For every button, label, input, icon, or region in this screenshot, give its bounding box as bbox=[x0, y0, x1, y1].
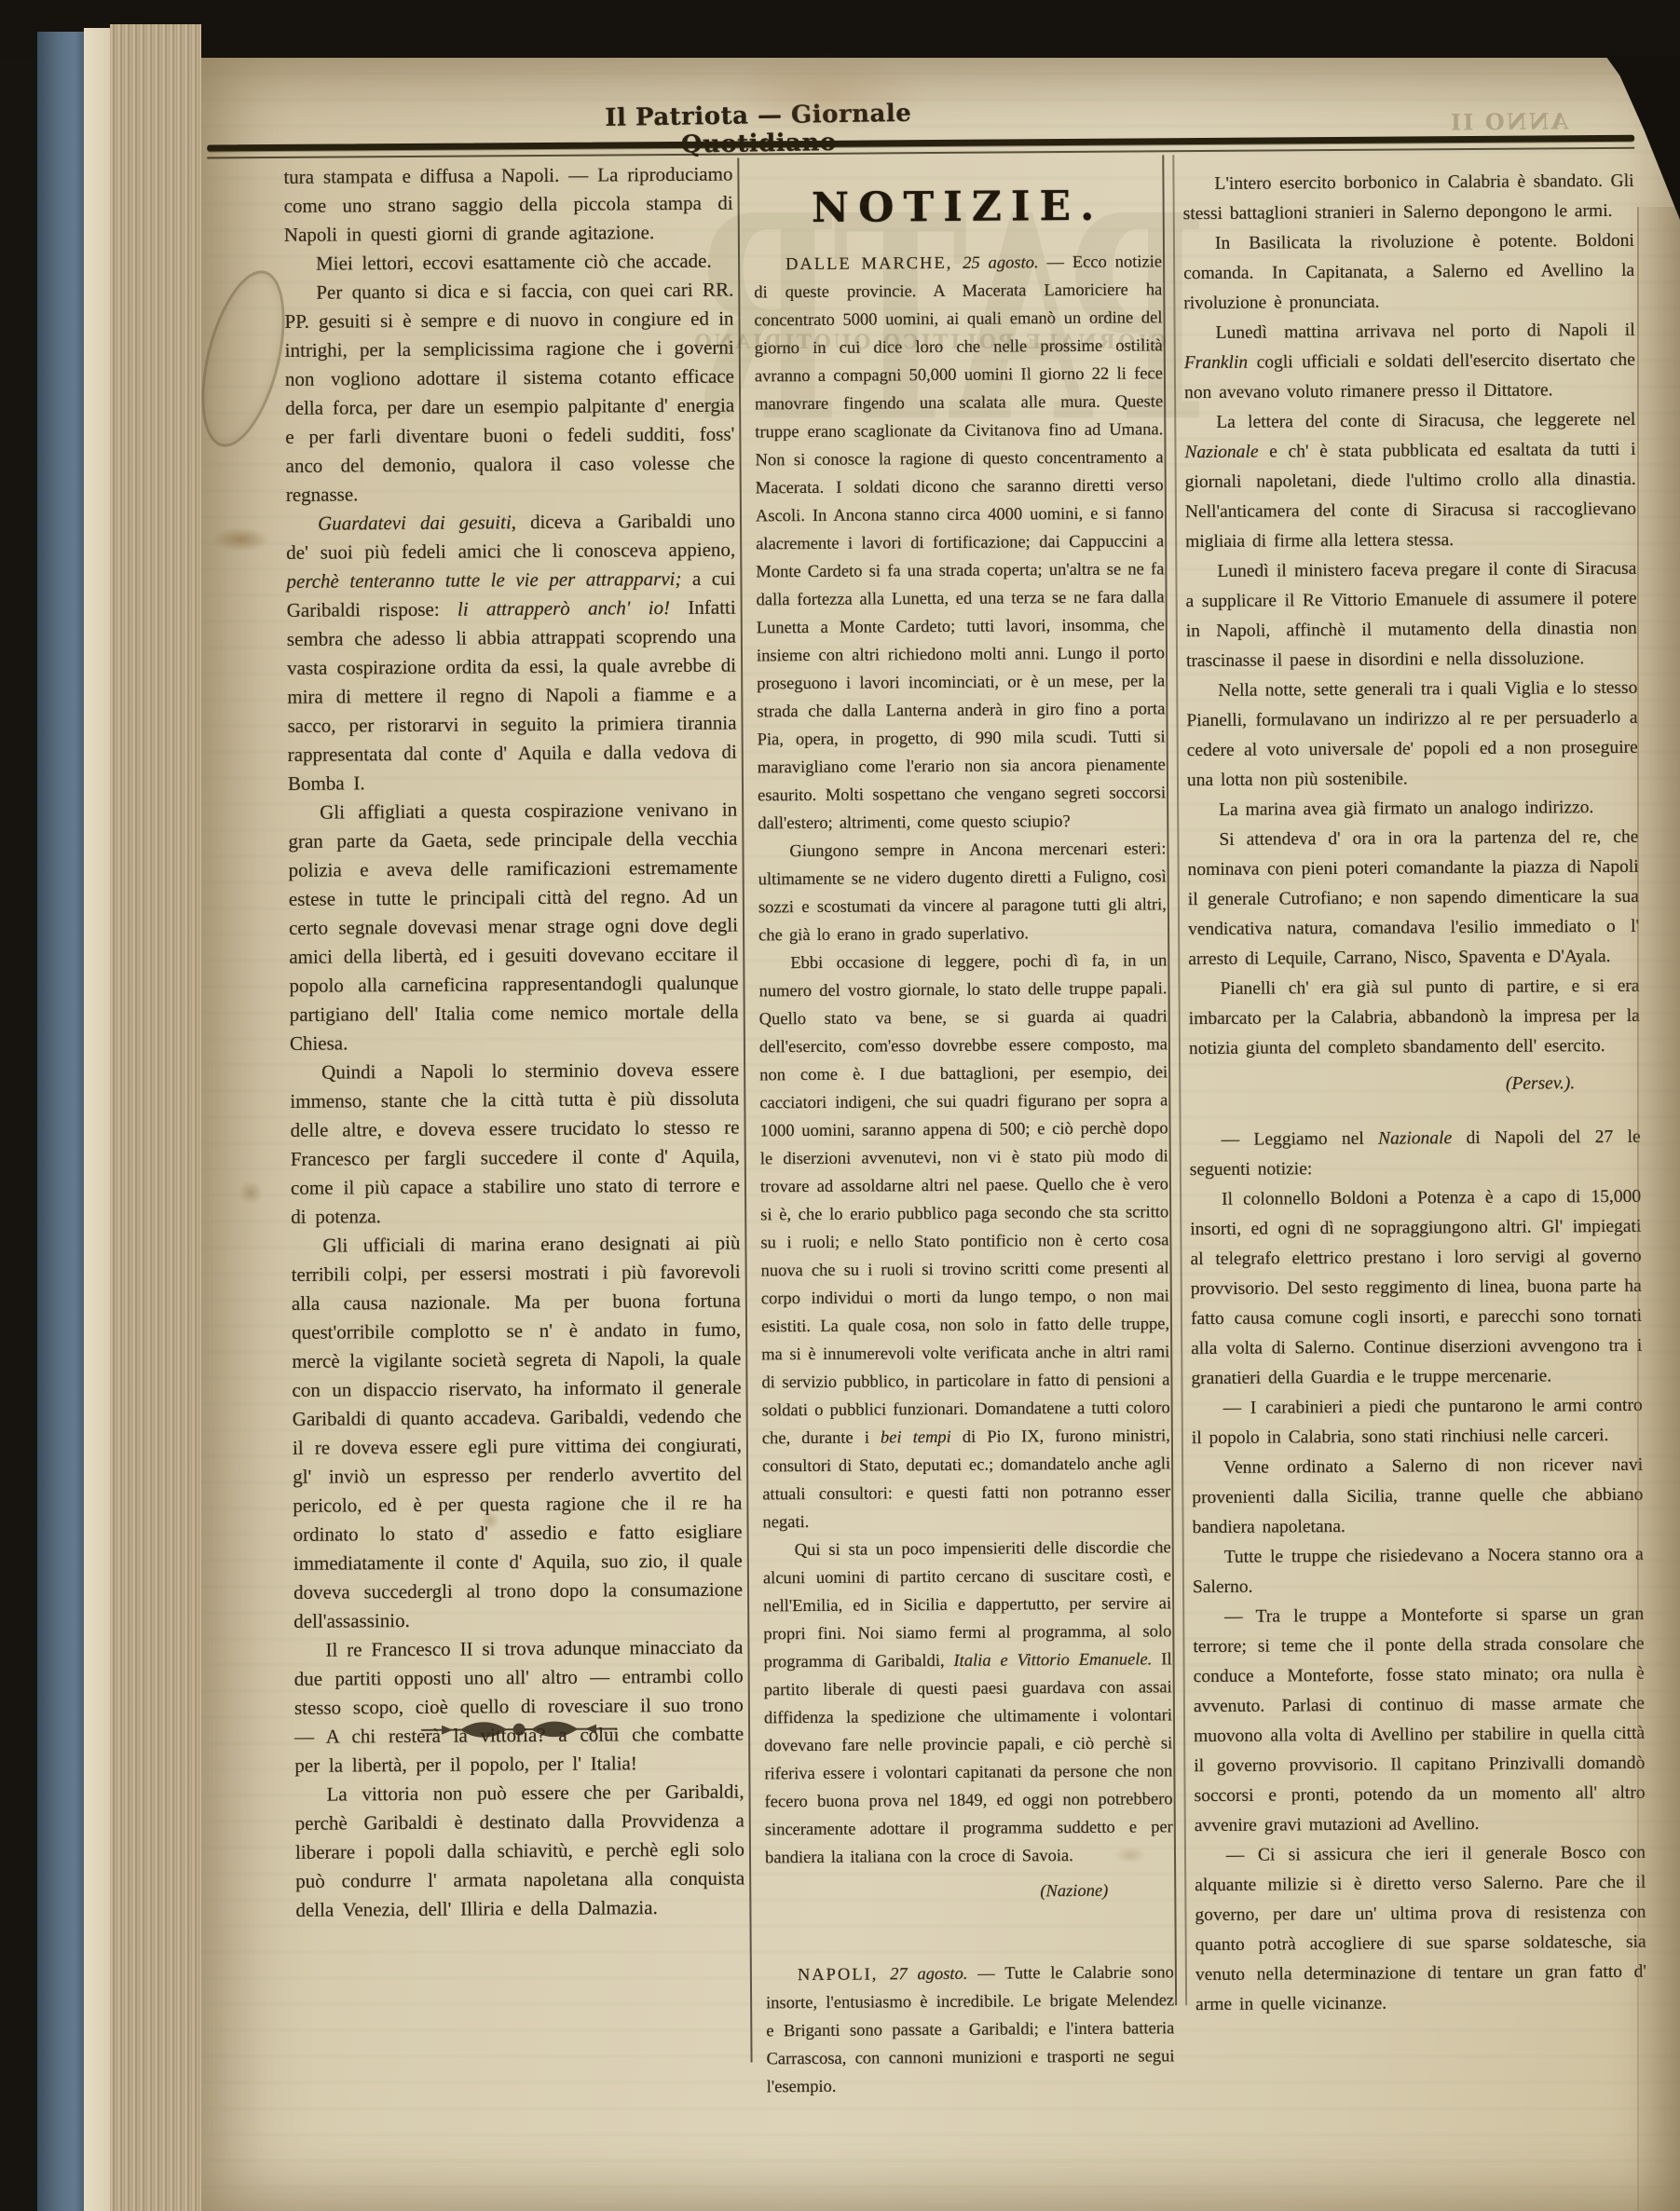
paragraph: NAPOLI, 27 agosto. — Tutte le Calabrie s… bbox=[766, 1959, 1175, 2101]
section-heading: NOTIZIE. bbox=[754, 192, 1162, 223]
text-segment: tura stampata e diffusa a Napoli. — La r… bbox=[283, 163, 732, 246]
column-2-body: DALLE MARCHE, 25 agosto. — Ecco notizie … bbox=[754, 248, 1175, 2101]
column-2: NOTIZIE. DALLE MARCHE, 25 agosto. — Ecco… bbox=[754, 192, 1175, 2101]
text-segment: — Ci si assicura che ieri il generale Bo… bbox=[1195, 1843, 1646, 2014]
paragraph: — Ci si assicura che ieri il generale Bo… bbox=[1195, 1838, 1646, 2020]
page-stack-edges bbox=[110, 24, 201, 2211]
paragraph: Tutte le truppe che risiedevano a Nocera… bbox=[1193, 1540, 1644, 1603]
paragraph: La vittoria non può essere che per Garib… bbox=[294, 1777, 744, 1924]
text-segment: — I carabinieri a piedi che puntarono le… bbox=[1192, 1396, 1643, 1448]
braided-rule-icon bbox=[421, 1716, 617, 1741]
text-segment: Il re Francesco II si trova adunque mina… bbox=[294, 1635, 744, 1776]
text-segment: Si attendeva d' ora in ora la partenza d… bbox=[1188, 827, 1640, 969]
text-segment: (Persev.). bbox=[1506, 1073, 1575, 1094]
newspaper-page: PATRIOTA GIORNALE POLITICO QUOTIDIANO AN… bbox=[201, 58, 1680, 2211]
paragraph: Guardatevi dai gesuiti, diceva a Garibal… bbox=[286, 507, 737, 798]
paragraph: Il re Francesco II si trova adunque mina… bbox=[294, 1632, 744, 1780]
text-segment: Nazionale bbox=[1378, 1128, 1452, 1149]
text-segment: Ebbi occasione di leggere, pochi dì fa, … bbox=[758, 951, 1169, 1448]
paragraph: In Basilicata la rivoluzione è potente. … bbox=[1183, 226, 1635, 319]
book-scan: PATRIOTA GIORNALE POLITICO QUOTIDIANO AN… bbox=[0, 0, 1680, 2211]
paragraph: Lunedì il ministero faceva pregare il co… bbox=[1185, 554, 1637, 676]
paragraph: Giungono sempre in Ancona mercenari este… bbox=[758, 835, 1167, 949]
text-segment: Miei lettori, eccovi esattamente ciò che… bbox=[316, 250, 712, 275]
paragraph: Gli affigliati a questa cospirazione ven… bbox=[288, 796, 739, 1058]
text-segment: Pianelli ch' era già sul punto di partir… bbox=[1189, 976, 1640, 1058]
book-cover bbox=[37, 32, 84, 2211]
paragraph: Il colonnello Boldoni a Potenza è a capo… bbox=[1190, 1182, 1643, 1394]
text-segment: In Basilicata la rivoluzione è potente. … bbox=[1183, 231, 1634, 313]
text-segment: DALLE MARCHE, bbox=[785, 254, 963, 274]
paragraph: Venne ordinato a Salerno di non ricever … bbox=[1192, 1451, 1644, 1543]
paragraph: La lettera del conte di Siracusa, che le… bbox=[1184, 405, 1636, 557]
text-segment: Infatti sembra che adesso li abbia attra… bbox=[287, 596, 737, 795]
text-segment: — Tra le truppe a Monteforte si sparse u… bbox=[1193, 1604, 1645, 1836]
text-segment: perchè tenteranno tutte le vie per attra… bbox=[286, 567, 681, 593]
page-edge bbox=[84, 28, 110, 2211]
ornament-divider bbox=[294, 1715, 744, 1747]
paragraph: Qui si sta un poco impensieriti delle di… bbox=[763, 1534, 1174, 1872]
text-segment: li attrapperò anch' io! bbox=[458, 596, 670, 621]
under-page-edge bbox=[1639, 207, 1680, 2211]
paragraph: Si attendeva d' ora in ora la partenza d… bbox=[1187, 823, 1639, 975]
attribution: (Persev.). bbox=[1189, 1069, 1640, 1101]
text-segment: Il colonnello Boldoni a Potenza è a capo… bbox=[1190, 1187, 1642, 1388]
text-segment: Nazionale bbox=[1184, 443, 1258, 463]
text-segment: Nella notte, sette generali tra i quali … bbox=[1186, 678, 1637, 790]
text-segment: bei tempi bbox=[881, 1428, 951, 1448]
paragraph: Gli ufficiali di marina erano designati … bbox=[291, 1229, 743, 1636]
text-segment: Per quanto si dica e si faccia, con quei… bbox=[284, 279, 734, 506]
text-segment: Franklin bbox=[1184, 353, 1248, 373]
text-segment: La lettera del conte di Siracusa, che le… bbox=[1216, 410, 1635, 432]
text-segment: 27 agosto. bbox=[890, 1965, 967, 1985]
paragraph: Ebbi occasione di leggere, pochi dì fa, … bbox=[758, 947, 1170, 1536]
paragraph: Nella notte, sette generali tra i quali … bbox=[1186, 674, 1638, 796]
paragraph: — Tra le truppe a Monteforte si sparse u… bbox=[1193, 1600, 1646, 1841]
column-3: L'intero esercito borbonico in Calabria … bbox=[1182, 167, 1646, 2020]
text-segment: Quindi a Napoli lo sterminio doveva esse… bbox=[290, 1058, 740, 1228]
page-content: Il Patriota — Giornale Quotidiano tura s… bbox=[196, 52, 1680, 2211]
text-segment: — Ecco notizie di queste provincie. A Ma… bbox=[754, 252, 1166, 833]
text-segment: Italia e Vittorio Emanuele. bbox=[953, 1650, 1152, 1670]
attribution: (Nazione) bbox=[765, 1877, 1173, 1907]
text-segment: La marina avea già firmato un analogo in… bbox=[1219, 798, 1593, 820]
text-segment: Guardatevi dai gesuiti bbox=[318, 511, 512, 534]
text-segment: Venne ordinato a Salerno di non ricever … bbox=[1192, 1455, 1643, 1537]
column-1: tura stampata e diffusa a Napoli. — La r… bbox=[283, 160, 744, 1925]
paragraph: L'intero esercito borbonico in Calabria … bbox=[1182, 167, 1633, 229]
text-segment: Tutte le truppe che risiedevano a Nocera… bbox=[1193, 1545, 1644, 1597]
text-segment: Il partito liberale di questi paesi guar… bbox=[764, 1650, 1173, 1867]
text-segment: Lunedì mattina arrivava nel porto di Nap… bbox=[1216, 321, 1635, 343]
paragraph: Quindi a Napoli lo sterminio doveva esse… bbox=[290, 1056, 740, 1232]
text-segment: 25 agosto. bbox=[963, 253, 1038, 273]
paragraph: DALLE MARCHE, 25 agosto. — Ecco notizie … bbox=[754, 248, 1166, 838]
text-segment: (Nazione) bbox=[1040, 1882, 1108, 1902]
text-segment: Lunedì il ministero faceva pregare il co… bbox=[1186, 559, 1637, 671]
text-segment: — Leggiamo nel bbox=[1222, 1129, 1379, 1150]
text-segment: Gli ufficiali di marina erano designati … bbox=[292, 1232, 744, 1632]
paragraph: Miei lettori, eccovi esattamente ciò che… bbox=[284, 247, 733, 279]
paragraph: La marina avea già firmato un analogo in… bbox=[1187, 793, 1638, 826]
text-segment: Gli affigliati a questa cospirazione ven… bbox=[288, 798, 738, 1055]
paragraph: Lunedì mattina arrivava nel porto di Nap… bbox=[1184, 316, 1636, 408]
paragraph: Per quanto si dica e si faccia, con quei… bbox=[284, 276, 735, 510]
text-segment: NAPOLI, bbox=[798, 1965, 890, 1985]
text-segment: Giungono sempre in Ancona mercenari este… bbox=[758, 839, 1167, 945]
paragraph: tura stampata e diffusa a Napoli. — La r… bbox=[283, 160, 733, 250]
text-segment: cogli ufficiali e soldati dell'esercito … bbox=[1184, 350, 1635, 403]
paragraph: — I carabinieri a piedi che puntarono le… bbox=[1192, 1391, 1643, 1454]
paragraph: Pianelli ch' era già sul punto di partir… bbox=[1188, 972, 1640, 1064]
background-top-band bbox=[0, 0, 1680, 58]
text-segment: L'intero esercito borbonico in Calabria … bbox=[1183, 171, 1634, 224]
text-segment: La vittoria non può essere che per Garib… bbox=[295, 1780, 745, 1920]
paragraph: — Leggiamo nel Nazionale di Napoli del 2… bbox=[1190, 1123, 1641, 1185]
